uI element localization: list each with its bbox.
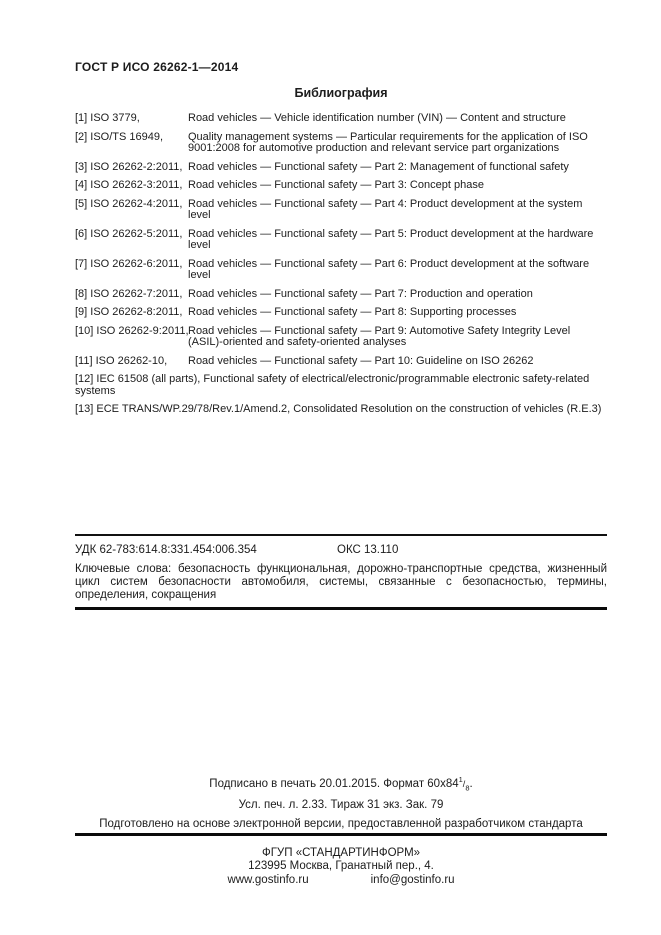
- entry-label: [12] IEC 61508 (all parts),: [75, 373, 203, 385]
- entry-text: Road vehicles — Functional safety — Part…: [188, 199, 607, 222]
- bibliography-entry: [9] ISO 26262-8:2011, Road vehicles — Fu…: [75, 307, 607, 319]
- entry-text: Road vehicles — Functional safety — Part…: [188, 180, 607, 192]
- bibliography-entry: [5] ISO 26262-4:2011, Road vehicles — Fu…: [75, 199, 607, 222]
- entry-text: Road vehicles — Functional safety — Part…: [188, 307, 607, 319]
- bibliography-entry: [1] ISO 3779, Road vehicles — Vehicle id…: [75, 113, 607, 125]
- publisher-website: www.gostinfo.ru: [227, 874, 308, 888]
- bibliography-title: Библиография: [75, 86, 607, 100]
- entry-label: [7] ISO 26262-6:2011,: [75, 259, 188, 282]
- oks-code: ОКС 13.110: [337, 544, 607, 557]
- divider-top: [75, 534, 607, 536]
- entry-text: Road vehicles — Functional safety — Part…: [188, 289, 607, 301]
- bibliography-entry: [7] ISO 26262-6:2011, Road vehicles — Fu…: [75, 259, 607, 282]
- keywords-paragraph: Ключевые слова: безопасность функциональ…: [75, 563, 607, 602]
- entry-label: [5] ISO 26262-4:2011,: [75, 199, 188, 222]
- bibliography-entry: [6] ISO 26262-5:2011, Road vehicles — Fu…: [75, 229, 607, 252]
- entry-label: [6] ISO 26262-5:2011,: [75, 229, 188, 252]
- entry-text: Road vehicles — Functional safety — Part…: [188, 356, 607, 368]
- bibliography-list: [1] ISO 3779, Road vehicles — Vehicle id…: [75, 113, 607, 416]
- classification-row: УДК 62-783:614.8:331.454:006.354 ОКС 13.…: [75, 544, 607, 557]
- entry-text: Road vehicles — Vehicle identification n…: [188, 113, 607, 125]
- print-info-line-signed: Подписано в печать 20.01.2015. Формат 60…: [75, 778, 607, 791]
- document-code: ГОСТ Р ИСО 26262-1—2014: [75, 60, 607, 74]
- entry-label: [4] ISO 26262-3:2011,: [75, 180, 188, 192]
- signed-line-text: Подписано в печать 20.01.2015. Формат 60…: [209, 778, 458, 790]
- entry-label: [2] ISO/TS 16949,: [75, 132, 188, 155]
- publisher-block: ФГУП «СТАНДАРТИНФОРМ» 123995 Москва, Гра…: [75, 847, 607, 888]
- entry-label: [9] ISO 26262-8:2011,: [75, 307, 188, 319]
- divider-footer: [75, 833, 607, 836]
- publisher-email: info@gostinfo.ru: [371, 874, 455, 888]
- entry-text: Road vehicles — Functional safety — Part…: [188, 229, 607, 252]
- entry-label: [8] ISO 26262-7:2011,: [75, 289, 188, 301]
- signed-line-period: .: [469, 778, 472, 790]
- bibliography-entry: [8] ISO 26262-7:2011, Road vehicles — Fu…: [75, 289, 607, 301]
- entry-text: Road vehicles — Functional safety — Part…: [188, 259, 607, 282]
- document-page: ГОСТ Р ИСО 26262-1—2014 Библиография [1]…: [0, 0, 661, 935]
- entry-label: [13] ECE TRANS/WP.29/78/Rev.1/Amend.2,: [75, 403, 293, 415]
- bibliography-entry: [13] ECE TRANS/WP.29/78/Rev.1/Amend.2, C…: [75, 404, 607, 416]
- publisher-address: 123995 Москва, Гранатный пер., 4.: [75, 860, 607, 874]
- bibliography-entry: [12] IEC 61508 (all parts), Functional s…: [75, 374, 607, 397]
- bibliography-entry: [4] ISO 26262-3:2011, Road vehicles — Fu…: [75, 180, 607, 192]
- entry-label: [10] ISO 26262-9:2011,: [75, 326, 188, 349]
- bibliography-entry: [2] ISO/TS 16949, Quality management sys…: [75, 132, 607, 155]
- entry-text: Consolidated Resolution on the construct…: [293, 403, 601, 415]
- entry-text: Road vehicles — Functional safety — Part…: [188, 162, 607, 174]
- divider-thick: [75, 607, 607, 610]
- entry-label: [11] ISO 26262-10,: [75, 356, 188, 368]
- publisher-contacts: www.gostinfo.ru info@gostinfo.ru: [75, 874, 607, 888]
- entry-label: [1] ISO 3779,: [75, 113, 188, 125]
- imprint-block: Подписано в печать 20.01.2015. Формат 60…: [75, 778, 607, 831]
- entry-text: Road vehicles — Functional safety — Part…: [188, 326, 607, 349]
- bibliography-entry: [11] ISO 26262-10, Road vehicles — Funct…: [75, 356, 607, 368]
- bibliography-entry: [10] ISO 26262-9:2011, Road vehicles — F…: [75, 326, 607, 349]
- udk-code: УДК 62-783:614.8:331.454:006.354: [75, 544, 337, 557]
- print-info-line-press: Усл. печ. л. 2.33. Тираж 31 экз. Зак. 79: [75, 799, 607, 812]
- publisher-name: ФГУП «СТАНДАРТИНФОРМ»: [75, 847, 607, 861]
- entry-label: [3] ISO 26262-2:2011,: [75, 162, 188, 174]
- print-info-line-prepared: Подготовлено на основе электронной верси…: [75, 818, 607, 831]
- bibliography-entry: [3] ISO 26262-2:2011, Road vehicles — Fu…: [75, 162, 607, 174]
- entry-text: Quality management systems — Particular …: [188, 132, 607, 155]
